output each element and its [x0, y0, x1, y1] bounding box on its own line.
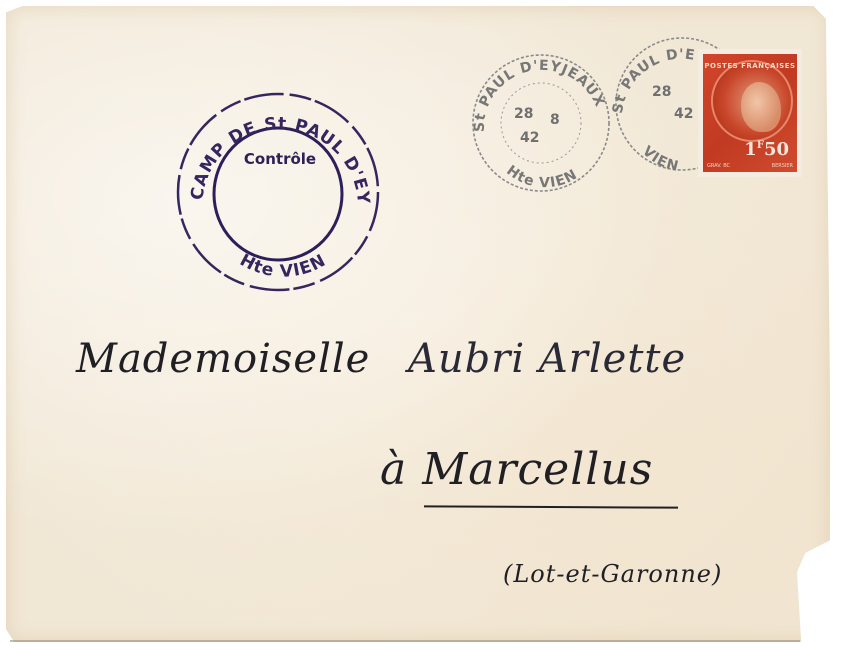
- address-department: (Lot-et-Garonne): [503, 560, 722, 588]
- postmark-1-month: 8: [550, 112, 560, 128]
- portrait-head-icon: [741, 82, 781, 132]
- address-name: Aubri Arlette: [408, 336, 686, 382]
- postmark-2-year: 42: [674, 106, 693, 122]
- address-salutation: Mademoiselle: [76, 336, 370, 382]
- postage-stamp: POSTES FRANÇAISES 1F50 GRAV. BC BERSIER: [698, 49, 802, 177]
- stamp-legend: POSTES FRANÇAISES: [703, 62, 797, 70]
- postmark-2-ring-text: St PAUL D'EY: [612, 47, 709, 115]
- postmark-1-year: 42: [520, 130, 539, 146]
- postmark-2-day: 28: [652, 84, 671, 100]
- postmark-1: St PAUL D'EYJEAUX Hte VIENNE 28 8 42: [470, 52, 612, 194]
- address-city: à Marcellus: [380, 444, 653, 495]
- camp-censor-stamp: CAMP DE St PAUL D'EYJEAUX Hte VIENNE Con…: [172, 88, 384, 296]
- stamp-imprint-left: GRAV. BC: [707, 163, 730, 169]
- controle-text: Contrôle: [230, 150, 330, 168]
- stamp-value: 1F50: [744, 139, 789, 160]
- stamp-imprint-right: BERSIER: [772, 163, 793, 169]
- stamp-face: POSTES FRANÇAISES 1F50 GRAV. BC BERSIER: [703, 54, 797, 172]
- postmark-1-day: 28: [514, 106, 533, 122]
- camp-stamp-rings: CAMP DE St PAUL D'EYJEAUX Hte VIENNE: [172, 88, 384, 296]
- stamp-medallion: [711, 60, 793, 142]
- postmark-2-ring-bottom: VIEN: [639, 143, 681, 174]
- envelope-bottom-edge: [10, 640, 800, 642]
- postmark-1-ring-text: St PAUL D'EYJEAUX: [472, 58, 608, 132]
